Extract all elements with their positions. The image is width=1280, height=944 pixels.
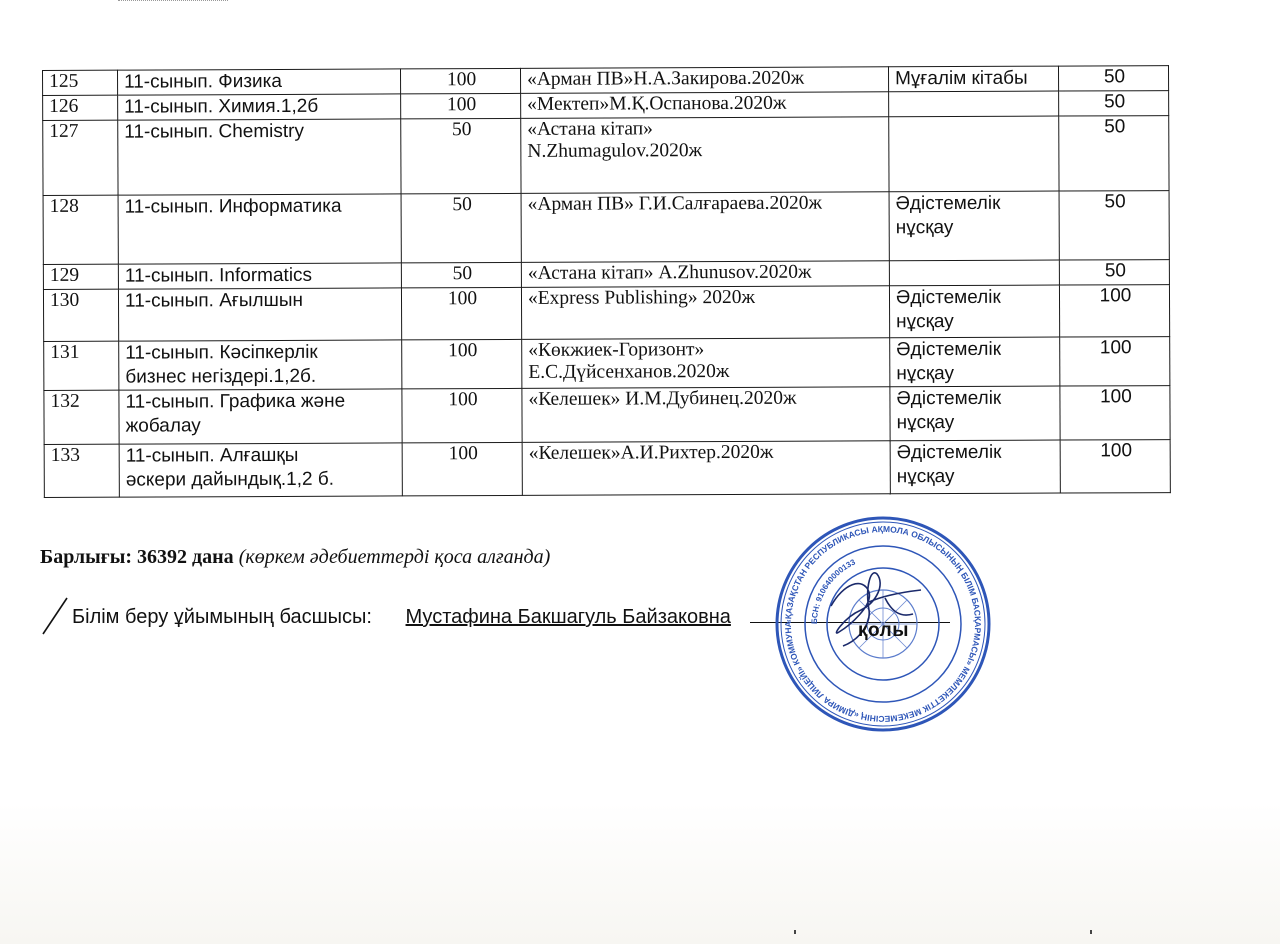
page-top-edge-marks xyxy=(118,0,228,4)
book-title-cell: 11-сынып. Химия.1,2б xyxy=(118,94,401,120)
book-title-cell: 11-сынып. Кәсіпкерлікбизнес негіздері.1,… xyxy=(119,340,402,390)
material-type-line: Әдістемелік xyxy=(896,286,1055,311)
book-title-line: 11-сынып. Chemistry xyxy=(124,119,396,144)
signature-label: қолы xyxy=(858,620,909,642)
material-type-cell: Әдістемелікнұсқау xyxy=(889,285,1059,338)
material-type-cell: Мұғалім кітабы xyxy=(888,66,1058,92)
row-number-cell: 127 xyxy=(43,120,118,195)
book-title-line: жобалау xyxy=(126,413,398,438)
publisher-cell: «Арман ПВ»Н.А.Закирова.2020ж xyxy=(520,67,888,94)
books-table-body: 12511-сынып. Физика100«Арман ПВ»Н.А.Заки… xyxy=(43,66,1171,498)
book-title-cell: 11-сынып. Информатика xyxy=(118,194,401,264)
row-number-cell: 129 xyxy=(43,264,118,289)
publisher-cell: «Астана кітап»N.Zhumagulov.2020ж xyxy=(521,117,889,194)
material-type-cell xyxy=(889,91,1059,117)
material-type-line: нұсқау xyxy=(897,465,1056,490)
book-title-line: 11-сынып. Физика xyxy=(124,69,396,94)
material-type-line: нұсқау xyxy=(896,216,1055,241)
material-type-line: нұсқау xyxy=(896,411,1055,436)
row-number-cell: 125 xyxy=(43,70,118,95)
publisher-line: «Express Publishing» 2020ж xyxy=(528,286,885,310)
book-title-cell: 11-сынып. Физика xyxy=(118,69,401,95)
director-role-label: Білім беру ұйымының басшысы: xyxy=(72,606,372,628)
table-row: 13111-сынып. Кәсіпкерлікбизнес негіздері… xyxy=(44,337,1170,391)
material-type-line: Мұғалім кітабы xyxy=(895,67,1054,92)
supplement-quantity-cell: 100 xyxy=(1059,285,1169,337)
book-title-cell: 11-сынып. Chemistry xyxy=(118,119,401,195)
row-number-cell: 132 xyxy=(44,390,119,444)
publisher-line: «Арман ПВ»Н.А.Закирова.2020ж xyxy=(527,67,884,91)
supplement-quantity-cell: 100 xyxy=(1060,386,1170,440)
quantity-cell: 100 xyxy=(402,388,522,443)
director-name: Мустафина Бакшагуль Байзаковна xyxy=(406,606,731,628)
material-type-cell: Әдістемелікнұсқау xyxy=(890,337,1060,387)
publisher-cell: «Мектеп»М.Қ.Оспанова.2020ж xyxy=(521,92,889,119)
publisher-cell: «Келешек» И.М.Дубинец.2020ж xyxy=(522,387,890,443)
book-title-line: 11-сынып. Ағылшын xyxy=(125,288,397,313)
publisher-line: «Көкжиек-Горизонт» xyxy=(528,338,885,362)
row-number-cell: 131 xyxy=(44,341,119,390)
quantity-cell: 100 xyxy=(402,442,522,496)
publisher-cell: «Көкжиек-Горизонт»Е.С.Дүйсенханов.2020ж xyxy=(522,338,890,389)
publisher-line: «Астана кітап» A.Zhunusov.2020ж xyxy=(528,261,885,285)
scan-speck xyxy=(1090,930,1092,934)
table-row: 12811-сынып. Информатика50«Арман ПВ» Г.И… xyxy=(43,191,1169,265)
material-type-line: Әдістемелік xyxy=(896,192,1055,217)
material-type-line: Әдістемелік xyxy=(897,441,1056,466)
publisher-line: «Мектеп»М.Қ.Оспанова.2020ж xyxy=(527,92,884,116)
book-title-cell: 11-сынып. Ағылшын xyxy=(118,288,401,341)
material-type-cell xyxy=(889,260,1059,286)
book-title-cell: 11-сынып. Алғашқыәскери дайындық.1,2 б. xyxy=(119,443,402,497)
total-count: Барлығы: 36392 дана xyxy=(40,546,234,568)
row-number-cell: 133 xyxy=(44,444,119,497)
publisher-cell: «Астана кітап» A.Zhunusov.2020ж xyxy=(521,261,889,288)
book-title-cell: 11-сынып. Графика жәнежобалау xyxy=(119,389,402,444)
book-title-line: 11-сынып. Химия.1,2б xyxy=(124,94,396,119)
table-row: 12711-сынып. Chemistry50«Астана кітап»N.… xyxy=(43,116,1169,196)
publisher-line: Е.С.Дүйсенханов.2020ж xyxy=(528,360,885,384)
supplement-quantity-cell: 50 xyxy=(1059,260,1169,285)
publisher-line: «Келешек»А.И.Рихтер.2020ж xyxy=(529,441,886,465)
total-note: (көркем әдебиеттерді қоса алғанда) xyxy=(239,546,551,568)
quantity-cell: 100 xyxy=(401,93,521,119)
table-row: 13311-сынып. Алғашқыәскери дайындық.1,2 … xyxy=(44,440,1170,498)
material-type-cell xyxy=(889,116,1059,192)
signature-line: Білім беру ұйымының басшысы: Мустафина Б… xyxy=(72,606,731,629)
publisher-cell: «Express Publishing» 2020ж xyxy=(521,286,889,340)
supplement-quantity-cell: 50 xyxy=(1058,66,1168,91)
book-title-line: 11-сынып. Алғашқы xyxy=(126,443,398,468)
quantity-cell: 50 xyxy=(401,193,521,263)
material-type-cell: Әдістемелікнұсқау xyxy=(889,191,1059,261)
book-title-cell: 11-сынып. Informatics xyxy=(118,263,401,289)
book-title-line: 11-сынып. Informatics xyxy=(125,263,397,288)
handwritten-slash-mark xyxy=(40,596,70,636)
material-type-cell: Әдістемелікнұсқау xyxy=(890,386,1060,441)
table-row: 13211-сынып. Графика жәнежобалау100«Келе… xyxy=(44,386,1170,445)
publisher-cell: «Арман ПВ» Г.И.Салғараева.2020ж xyxy=(521,192,889,263)
quantity-cell: 100 xyxy=(401,287,521,340)
book-title-line: 11-сынып. Графика және xyxy=(125,389,397,414)
books-table-container: 12511-сынып. Физика100«Арман ПВ»Н.А.Заки… xyxy=(42,65,1170,498)
publisher-line: «Арман ПВ» Г.И.Салғараева.2020ж xyxy=(528,192,885,216)
book-title-line: 11-сынып. Кәсіпкерлік xyxy=(125,340,397,365)
publisher-line: «Астана кітап» xyxy=(527,117,884,141)
row-number-cell: 130 xyxy=(43,289,118,341)
publisher-line: N.Zhumagulov.2020ж xyxy=(527,139,884,163)
books-table: 12511-сынып. Физика100«Арман ПВ»Н.А.Заки… xyxy=(42,65,1171,498)
quantity-cell: 50 xyxy=(401,118,521,194)
material-type-line: нұсқау xyxy=(896,362,1055,387)
material-type-line: Әдістемелік xyxy=(896,338,1055,363)
publisher-cell: «Келешек»А.И.Рихтер.2020ж xyxy=(522,441,890,496)
quantity-cell: 100 xyxy=(400,68,520,94)
row-number-cell: 128 xyxy=(43,195,118,264)
supplement-quantity-cell: 50 xyxy=(1059,116,1169,191)
publisher-line: «Келешек» И.М.Дубинец.2020ж xyxy=(528,387,885,411)
supplement-quantity-cell: 50 xyxy=(1059,191,1169,260)
book-title-line: бизнес негіздері.1,2б. xyxy=(125,364,397,389)
material-type-line: Әдістемелік xyxy=(896,387,1055,412)
supplement-quantity-cell: 100 xyxy=(1060,337,1170,386)
book-title-line: 11-сынып. Информатика xyxy=(125,194,397,219)
table-row: 13011-сынып. Ағылшын100«Express Publishi… xyxy=(43,285,1169,342)
supplement-quantity-cell: 50 xyxy=(1059,91,1169,116)
material-type-cell: Әдістемелікнұсқау xyxy=(890,440,1060,494)
book-title-line: әскери дайындық.1,2 б. xyxy=(126,467,398,492)
row-number-cell: 126 xyxy=(43,95,118,120)
total-summary: Барлығы: 36392 дана (көркем әдебиеттерді… xyxy=(40,546,550,569)
material-type-line: нұсқау xyxy=(896,310,1055,335)
quantity-cell: 50 xyxy=(401,262,521,288)
scan-speck xyxy=(794,930,796,934)
quantity-cell: 100 xyxy=(402,339,522,389)
supplement-quantity-cell: 100 xyxy=(1060,440,1170,493)
